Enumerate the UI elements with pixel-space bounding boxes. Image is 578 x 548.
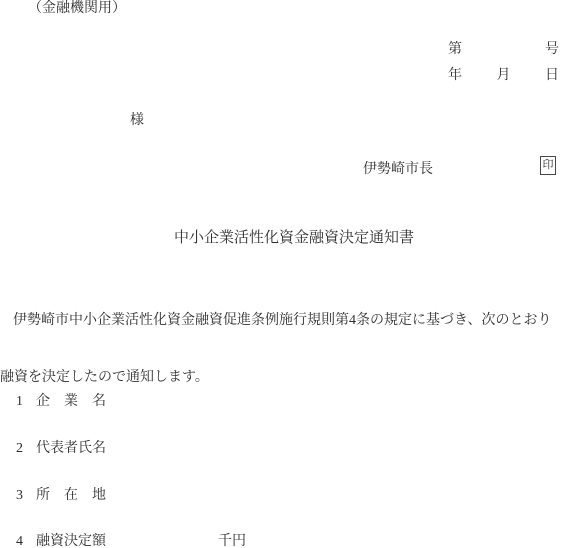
item-number: 1 [16,394,23,410]
document-title: 中小企業活性化資金融資決定通知書 [0,230,578,246]
header-note: （金融機関用） [28,1,126,17]
date-month-label: 月 [497,68,511,84]
body-line-2: 融資を決定したので通知します。 [0,365,578,390]
seal-box: 印 [540,156,556,175]
item-label: 所 在 地 [36,488,106,504]
notification-document-page: （金融機関用） 第 号 年 月 日 様 伊勢崎市長 印 中小企業活性化資金融資決… [0,0,578,548]
date-year-label: 年 [448,68,462,84]
item-label: 企 業 名 [36,394,106,410]
doc-number-suffix: 号 [545,42,559,58]
sender-title: 伊勢崎市長 [363,162,433,178]
date-line: 年 月 日 [448,68,559,84]
item-label: 代表者氏名 [36,441,106,457]
item-label: 融資決定額 [36,534,106,548]
item-number: 2 [16,441,23,457]
seal-label: 印 [543,160,554,171]
body-line-1: 伊勢崎市中小企業活性化資金融資促進条例施行規則第4条の規定に基づき、次のとおり [0,308,578,333]
doc-number-prefix: 第 [448,42,462,58]
addressee-honorific: 様 [130,113,144,129]
item-number: 4 [16,534,23,548]
date-day-label: 日 [545,68,559,84]
item-number: 3 [16,488,23,504]
item-unit-thousand-yen: 千円 [218,534,246,548]
doc-number-line: 第 号 [448,42,559,58]
